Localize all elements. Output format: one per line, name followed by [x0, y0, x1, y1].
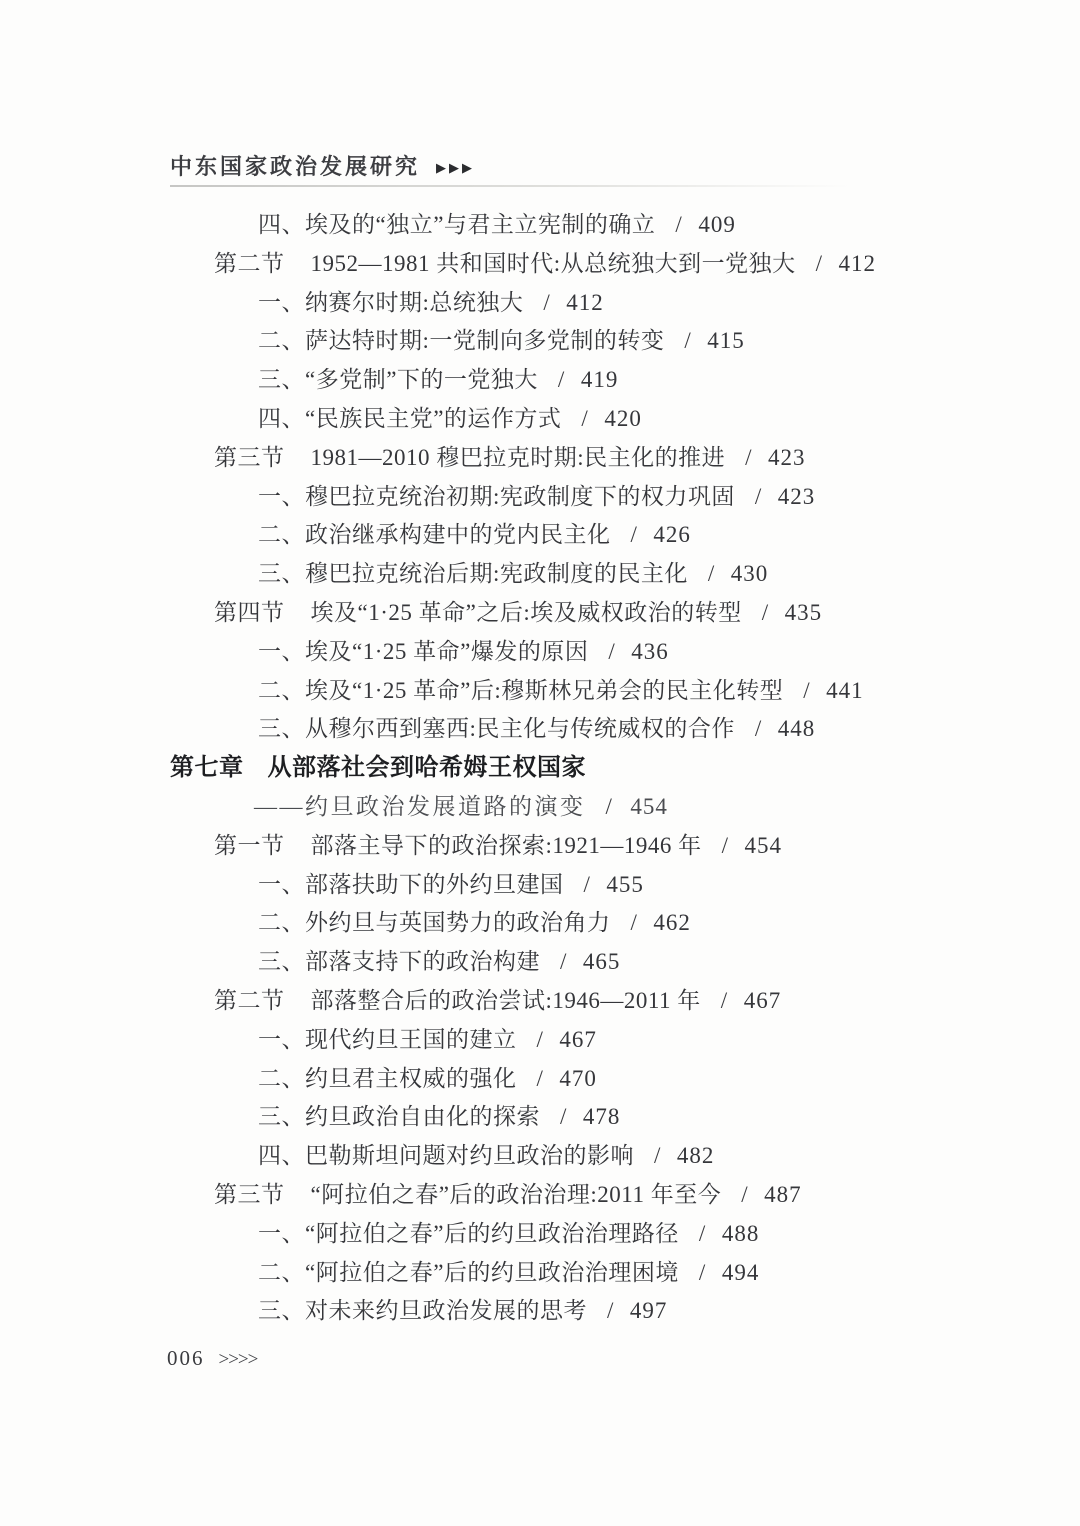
page-footer: 006>>>> [167, 1338, 257, 1378]
toc-entry: 四、巴勒斯坦问题对约旦政治的影响/482 [170, 1137, 1020, 1176]
toc-entry: 第二节部落整合后的政治尝试:1946—2011 年/467 [170, 982, 1020, 1021]
toc-entry-page-number: 441 [826, 678, 864, 703]
toc-entry-separator: / [537, 1066, 544, 1091]
toc-entry-title: 1952—1981 共和国时代:从总统独大到一党独大 [311, 251, 796, 276]
toc-entry-title: 四、巴勒斯坦问题对约旦政治的影响 [258, 1143, 634, 1168]
toc-entry-page-number: 482 [677, 1143, 715, 1168]
toc-entry-number: 第七章 [170, 754, 244, 781]
toc-entry: 一、“阿拉伯之春”后的约旦政治治理路径/488 [170, 1215, 1020, 1254]
toc-entry-title: 从部落社会到哈希姆王权国家 [268, 754, 587, 781]
toc-entry-separator: / [606, 794, 615, 819]
toc-entry: 第二节1952—1981 共和国时代:从总统独大到一党独大/412 [170, 245, 1020, 284]
running-title: 中东国家政治发展研究 [170, 154, 420, 179]
toc-entry-title: 二、政治继承构建中的党内民主化 [258, 522, 611, 547]
toc-entry-separator: / [803, 678, 810, 703]
toc-entry: 三、从穆尔西到塞西:民主化与传统威权的合作/448 [170, 710, 1020, 749]
toc-entry: 第七章从部落社会到哈希姆王权国家 [170, 749, 1020, 788]
toc-entry-separator: / [675, 212, 682, 237]
toc-entry-separator: / [722, 833, 729, 858]
toc-entry-separator: / [560, 1104, 567, 1129]
toc-entry-page-number: 455 [606, 872, 644, 897]
toc-entry-title: 二、外约旦与英国势力的政治角力 [258, 910, 611, 935]
toc-entry: 二、埃及“1·25 革命”后:穆斯林兄弟会的民主化转型/441 [170, 672, 1020, 711]
toc-entry-separator: / [543, 290, 550, 315]
table-of-contents: 四、埃及的“独立”与君主立宪制的确立/409 第二节1952—1981 共和国时… [170, 206, 1020, 1331]
toc-entry: 一、穆巴拉克统治初期:宪政制度下的权力巩固/423 [170, 478, 1020, 517]
toc-entry-title: 二、约旦君主权威的强化 [258, 1066, 517, 1091]
toc-entry-separator: / [708, 561, 715, 586]
toc-entry-page-number: 420 [604, 406, 642, 431]
toc-entry-page-number: 494 [722, 1260, 760, 1285]
toc-entry-page-number: 462 [653, 910, 691, 935]
toc-entry: 三、“多党制”下的一党独大/419 [170, 361, 1020, 400]
toc-entry-title: 1981—2010 穆巴拉克时期:民主化的推进 [311, 445, 726, 470]
toc-entry: 二、外约旦与英国势力的政治角力/462 [170, 904, 1020, 943]
toc-entry-page-number: 426 [653, 522, 691, 547]
toc-entry-title: 一、纳赛尔时期:总统独大 [258, 290, 523, 315]
toc-entry-page-number: 423 [778, 484, 816, 509]
toc-entry-page-number: 497 [630, 1298, 668, 1323]
toc-entry: 二、“阿拉伯之春”后的约旦政治治理困境/494 [170, 1254, 1020, 1293]
toc-entry-separator: / [654, 1143, 661, 1168]
toc-entry: 第三节1981—2010 穆巴拉克时期:民主化的推进/423 [170, 439, 1020, 478]
toc-entry-separator: / [755, 484, 762, 509]
toc-entry-title: 一、现代约旦王国的建立 [258, 1027, 517, 1052]
toc-entry-title: 三、从穆尔西到塞西:民主化与传统威权的合作 [258, 716, 735, 741]
toc-entry-separator: / [607, 1298, 614, 1323]
toc-entry-title: 三、穆巴拉克统治后期:宪政制度的民主化 [258, 561, 688, 586]
toc-entry-title: 三、约旦政治自由化的探索 [258, 1104, 540, 1129]
toc-entry-page-number: 488 [722, 1221, 760, 1246]
toc-entry-separator: / [608, 639, 615, 664]
toc-entry-page-number: 470 [559, 1066, 597, 1091]
toc-entry-page-number: 412 [566, 290, 604, 315]
toc-entry: 一、部落扶助下的外约旦建国/455 [170, 866, 1020, 905]
toc-entry-separator: / [631, 522, 638, 547]
toc-entry-page-number: 454 [630, 794, 668, 819]
toc-entry-page-number: 409 [698, 212, 736, 237]
toc-entry-title: 三、部落支持下的政治构建 [258, 949, 540, 974]
toc-entry-separator: / [816, 251, 823, 276]
toc-entry-title: 四、埃及的“独立”与君主立宪制的确立 [258, 212, 655, 237]
toc-entry-number: 第三节 [214, 1182, 285, 1207]
toc-entry: 三、穆巴拉克统治后期:宪政制度的民主化/430 [170, 555, 1020, 594]
toc-entry: 第四节埃及“1·25 革命”之后:埃及威权政治的转型/435 [170, 594, 1020, 633]
toc-entry-title: 二、埃及“1·25 革命”后:穆斯林兄弟会的民主化转型 [258, 678, 783, 703]
toc-entry-separator: / [631, 910, 638, 935]
toc-entry-title: ——约旦政治发展道路的演变 [254, 794, 586, 819]
toc-entry-title: 部落整合后的政治尝试:1946—2011 年 [311, 988, 701, 1013]
toc-entry-page-number: 436 [631, 639, 669, 664]
toc-entry-title: 二、萨达特时期:一党制向多党制的转变 [258, 328, 664, 353]
toc-entry-page-number: 465 [583, 949, 621, 974]
toc-entry-title: 四、“民族民主党”的运作方式 [258, 406, 561, 431]
toc-entry-title: 一、“阿拉伯之春”后的约旦政治治理路径 [258, 1221, 679, 1246]
toc-entry-page-number: 430 [731, 561, 769, 586]
page-header: 中东国家政治发展研究▶▶▶ [170, 150, 960, 190]
toc-entry-page-number: 467 [559, 1027, 597, 1052]
toc-entry-separator: / [699, 1221, 706, 1246]
toc-entry-separator: / [762, 600, 769, 625]
toc-entry-title: 二、“阿拉伯之春”后的约旦政治治理困境 [258, 1260, 679, 1285]
toc-entry-page-number: 454 [745, 833, 783, 858]
toc-entry: 三、对未来约旦政治发展的思考/497 [170, 1292, 1020, 1331]
toc-entry-page-number: 467 [744, 988, 782, 1013]
toc-entry-title: 一、埃及“1·25 革命”爆发的原因 [258, 639, 588, 664]
toc-entry-separator: / [558, 367, 565, 392]
toc-entry: 四、“民族民主党”的运作方式/420 [170, 400, 1020, 439]
folio-page-number: 006 [167, 1346, 205, 1370]
toc-entry-title: 一、穆巴拉克统治初期:宪政制度下的权力巩固 [258, 484, 735, 509]
toc-entry-page-number: 478 [583, 1104, 621, 1129]
toc-entry-page-number: 423 [768, 445, 806, 470]
toc-entry-title: 三、“多党制”下的一党独大 [258, 367, 538, 392]
toc-entry: 一、纳赛尔时期:总统独大/412 [170, 284, 1020, 323]
toc-entry-number: 第二节 [214, 988, 285, 1013]
toc-entry-separator: / [755, 716, 762, 741]
toc-entry-page-number: 415 [707, 328, 745, 353]
toc-entry: 二、政治继承构建中的党内民主化/426 [170, 516, 1020, 555]
toc-entry: 四、埃及的“独立”与君主立宪制的确立/409 [170, 206, 1020, 245]
toc-entry-number: 第三节 [214, 445, 285, 470]
toc-entry: 第一节部落主导下的政治探索:1921—1946 年/454 [170, 827, 1020, 866]
toc-entry-separator: / [699, 1260, 706, 1285]
header-arrows-icon: ▶▶▶ [436, 160, 475, 175]
toc-entry-separator: / [537, 1027, 544, 1052]
toc-entry: 第三节“阿拉伯之春”后的政治治理:2011 年至今/487 [170, 1176, 1020, 1215]
toc-entry: 二、约旦君主权威的强化/470 [170, 1060, 1020, 1099]
toc-entry-number: 第四节 [214, 600, 285, 625]
toc-entry-title: 部落主导下的政治探索:1921—1946 年 [311, 833, 702, 858]
toc-entry-title: 三、对未来约旦政治发展的思考 [258, 1298, 587, 1323]
toc-entry-number: 第一节 [214, 833, 285, 858]
toc-entry-number: 第二节 [214, 251, 285, 276]
header-rule [170, 185, 850, 187]
toc-entry-separator: / [584, 872, 591, 897]
toc-entry: 一、埃及“1·25 革命”爆发的原因/436 [170, 633, 1020, 672]
toc-entry: 二、萨达特时期:一党制向多党制的转变/415 [170, 322, 1020, 361]
toc-entry-separator: / [745, 445, 752, 470]
toc-entry-page-number: 487 [764, 1182, 802, 1207]
toc-entry: 一、现代约旦王国的建立/467 [170, 1021, 1020, 1060]
toc-entry-separator: / [581, 406, 588, 431]
book-toc-page: 中东国家政治发展研究▶▶▶ 四、埃及的“独立”与君主立宪制的确立/409 第二节… [0, 0, 1080, 1526]
toc-entry: 三、部落支持下的政治构建/465 [170, 943, 1020, 982]
toc-entry-page-number: 412 [839, 251, 877, 276]
toc-entry-title: “阿拉伯之春”后的政治治理:2011 年至今 [311, 1182, 722, 1207]
toc-entry-separator: / [741, 1182, 748, 1207]
toc-entry-title: 埃及“1·25 革命”之后:埃及威权政治的转型 [311, 600, 742, 625]
toc-entry-separator: / [560, 949, 567, 974]
footer-arrows-icon: >>>> [219, 1349, 258, 1370]
toc-entry-page-number: 448 [778, 716, 816, 741]
toc-entry-separator: / [721, 988, 728, 1013]
toc-entry-page-number: 435 [785, 600, 823, 625]
toc-entry-page-number: 419 [581, 367, 619, 392]
toc-entry-title: 一、部落扶助下的外约旦建国 [258, 872, 564, 897]
toc-entry: ——约旦政治发展道路的演变/454 [170, 788, 1020, 827]
toc-entry-separator: / [684, 328, 691, 353]
toc-entry: 三、约旦政治自由化的探索/478 [170, 1098, 1020, 1137]
